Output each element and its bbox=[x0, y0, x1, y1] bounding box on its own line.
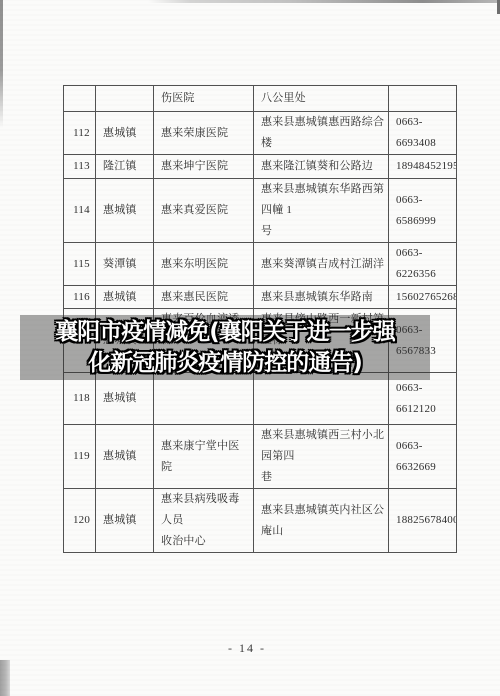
cell-phone: 0663-6612120 bbox=[389, 373, 457, 425]
cell-hospital: 惠来惠民医院 bbox=[154, 286, 254, 309]
cell-address: 惠来县惠城镇东华路南 bbox=[254, 286, 389, 309]
cell-town bbox=[96, 86, 154, 112]
page-number: - 14 - bbox=[0, 641, 494, 656]
cell-phone: 0663-6586999 bbox=[389, 179, 457, 243]
cell-hospital: 惠来东明医院 bbox=[154, 243, 254, 286]
table-row: 115 葵潭镇 惠来东明医院 惠来葵潭镇吉成村江湖洋 0663-6226356 bbox=[64, 243, 457, 286]
cell-hospital: 惠来荣康医院 bbox=[154, 112, 254, 155]
cell-town: 惠城镇 bbox=[96, 286, 154, 309]
cell-phone bbox=[389, 86, 457, 112]
table-row: 114 惠城镇 惠来真爱医院 惠来县惠城镇东华路西第四幢 1 号 0663-65… bbox=[64, 179, 457, 243]
cell-address: 惠来县惠城镇东华路西第四幢 1 号 bbox=[254, 179, 389, 243]
table-row: 113 隆江镇 惠来坤宁医院 惠来隆江镇葵和公路边 18948452195 bbox=[64, 155, 457, 179]
cell-hospital: 伤医院 bbox=[154, 86, 254, 112]
cell-address: 八公里处 bbox=[254, 86, 389, 112]
table-row: 伤医院 八公里处 bbox=[64, 86, 457, 112]
cell-phone: 0663-6693408 bbox=[389, 112, 457, 155]
cell-index bbox=[64, 86, 96, 112]
cell-hospital: 惠来坤宁医院 bbox=[154, 155, 254, 179]
table-row: 120 惠城镇 惠来县病残吸毒人员 收治中心 惠来县惠城镇英内社区公庵山 188… bbox=[64, 489, 457, 553]
cell-town: 隆江镇 bbox=[96, 155, 154, 179]
cell-index: 114 bbox=[64, 179, 96, 243]
cell-phone: 15602765268 bbox=[389, 286, 457, 309]
cell-address: 惠来葵潭镇吉成村江湖洋 bbox=[254, 243, 389, 286]
watermark-band: 襄阳市疫情减免(襄阳关于进一步强 化新冠肺炎疫情防控的通告) bbox=[20, 315, 430, 380]
cell-hospital bbox=[154, 373, 254, 425]
table-row: 116 惠城镇 惠来惠民医院 惠来县惠城镇东华路南 15602765268 bbox=[64, 286, 457, 309]
cell-hospital: 惠来康宁堂中医院 bbox=[154, 425, 254, 489]
cell-town: 惠城镇 bbox=[96, 179, 154, 243]
cell-index: 119 bbox=[64, 425, 96, 489]
cell-index: 116 bbox=[64, 286, 96, 309]
scanned-page: 伤医院 八公里处 112 惠城镇 惠来荣康医院 惠来县惠城镇惠西路综合楼 066… bbox=[0, 0, 500, 696]
scan-edge-left bbox=[0, 0, 3, 128]
cell-address: 惠来县惠城镇英内社区公庵山 bbox=[254, 489, 389, 553]
scan-edge-top bbox=[148, 0, 500, 3]
cell-town: 惠城镇 bbox=[96, 425, 154, 489]
cell-index: 112 bbox=[64, 112, 96, 155]
scan-shadow-bottom-left bbox=[0, 660, 10, 696]
table-row: 118 惠城镇 0663-6612120 bbox=[64, 373, 457, 425]
cell-phone: 0663-6226356 bbox=[389, 243, 457, 286]
cell-address bbox=[254, 373, 389, 425]
cell-index: 118 bbox=[64, 373, 96, 425]
cell-address: 惠来县惠城镇西三村小北园第四 巷 bbox=[254, 425, 389, 489]
watermark-line-2: 化新冠肺炎疫情防控的通告) bbox=[20, 348, 430, 379]
cell-town: 惠城镇 bbox=[96, 112, 154, 155]
cell-town: 惠城镇 bbox=[96, 373, 154, 425]
cell-phone: 18825678400 bbox=[389, 489, 457, 553]
cell-index: 120 bbox=[64, 489, 96, 553]
table-row: 119 惠城镇 惠来康宁堂中医院 惠来县惠城镇西三村小北园第四 巷 0663-6… bbox=[64, 425, 457, 489]
cell-hospital: 惠来真爱医院 bbox=[154, 179, 254, 243]
cell-town: 惠城镇 bbox=[96, 489, 154, 553]
cell-index: 115 bbox=[64, 243, 96, 286]
table-row: 112 惠城镇 惠来荣康医院 惠来县惠城镇惠西路综合楼 0663-6693408 bbox=[64, 112, 457, 155]
watermark-line-1: 襄阳市疫情减免(襄阳关于进一步强 bbox=[20, 317, 430, 348]
cell-address: 惠来县惠城镇惠西路综合楼 bbox=[254, 112, 389, 155]
cell-hospital: 惠来县病残吸毒人员 收治中心 bbox=[154, 489, 254, 553]
cell-address: 惠来隆江镇葵和公路边 bbox=[254, 155, 389, 179]
cell-index: 113 bbox=[64, 155, 96, 179]
watermark-text: 襄阳市疫情减免(襄阳关于进一步强 化新冠肺炎疫情防控的通告) bbox=[20, 317, 430, 379]
cell-town: 葵潭镇 bbox=[96, 243, 154, 286]
cell-phone: 18948452195 bbox=[389, 155, 457, 179]
cell-phone: 0663-6632669 bbox=[389, 425, 457, 489]
